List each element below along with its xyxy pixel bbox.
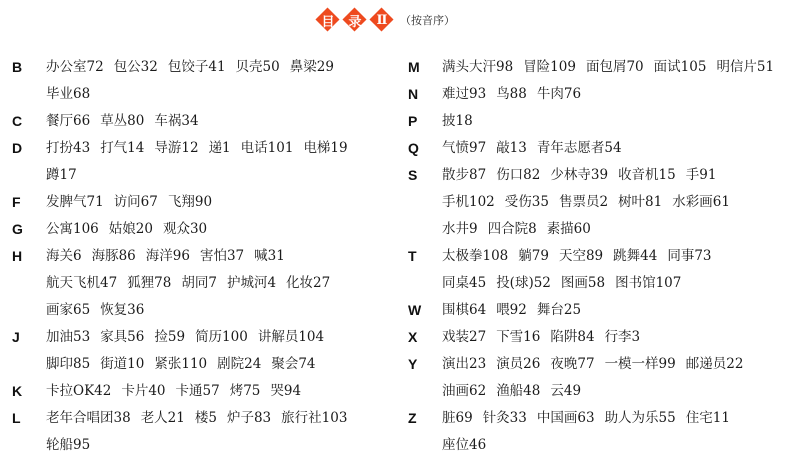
index-line: 轮船95 <box>46 432 400 459</box>
index-entry: 紧张110 <box>154 356 207 372</box>
index-entry: 包饺子41 <box>168 59 226 75</box>
index-entry: 脚印85 <box>46 356 90 372</box>
index-entries: 满头大汗98冒险109面包屑70面试105明信片51 <box>442 54 800 81</box>
index-entry: 伤口82 <box>496 167 540 183</box>
index-entry: 演员26 <box>496 356 540 372</box>
index-entries: 太极拳108躺79天空89跳舞44同事73同桌45投(球)52图画58图书馆10… <box>442 243 800 297</box>
index-letter: M <box>408 54 442 81</box>
index-entry: 散步87 <box>442 167 486 183</box>
index-entry: 图书馆107 <box>615 275 681 291</box>
index-line: 戏装27下雪16陷阱84行李3 <box>442 324 800 351</box>
index-entries: 卡拉OK42卡片40卡通57烤75哭94 <box>46 378 400 405</box>
index-group: W围棋64喂92舞台25 <box>408 297 800 324</box>
index-entry: 渔船48 <box>496 383 540 399</box>
index-entry: 戏装27 <box>442 329 486 345</box>
index-entry: 导游12 <box>154 140 198 156</box>
index-entry: 天空89 <box>559 248 603 264</box>
index-entries: 围棋64喂92舞台25 <box>442 297 800 324</box>
index-entry: 楼5 <box>195 410 217 426</box>
index-group: D打扮43打气14导游12递1电话101电梯19蹲17 <box>12 135 400 189</box>
index-group: G公寓106姑娘20观众30 <box>12 216 400 243</box>
index-group: Z脏69针灸33中国画63助人为乐55住宅11座位46 <box>408 405 800 459</box>
index-entries: 戏装27下雪16陷阱84行李3 <box>442 324 800 351</box>
index-entry: 同事73 <box>667 248 711 264</box>
index-entry: 发脾气71 <box>46 194 104 210</box>
index-entry: 卡拉OK42 <box>46 383 111 399</box>
index-title: 目 录 Ⅱ （按音序） <box>317 7 455 33</box>
index-letter: B <box>12 54 46 108</box>
index-entry: 观众30 <box>163 221 207 237</box>
index-entry: 鸟88 <box>496 86 527 102</box>
index-entry: 躺79 <box>518 248 549 264</box>
index-entry: 难过93 <box>442 86 486 102</box>
index-entry: 座位46 <box>442 437 486 453</box>
index-entry: 敲13 <box>496 140 527 156</box>
index-entry: 陷阱84 <box>550 329 594 345</box>
index-group: L老年合唱团38老人21楼5炉子83旅行社103轮船95 <box>12 405 400 459</box>
index-letter: W <box>408 297 442 324</box>
index-entry: 电话101 <box>241 140 294 156</box>
index-entry: 一模一样99 <box>605 356 676 372</box>
index-line: 卡拉OK42卡片40卡通57烤75哭94 <box>46 378 400 405</box>
index-line: 手机102受伤35售票员2树叶81水彩画61 <box>442 189 800 216</box>
index-entry: 喊31 <box>254 248 285 264</box>
index-entry: 针灸33 <box>483 410 527 426</box>
index-entry: 图画58 <box>561 275 605 291</box>
index-entry: 海洋96 <box>146 248 190 264</box>
index-entry: 加油53 <box>46 329 90 345</box>
index-entry: 海关6 <box>46 248 82 264</box>
index-entry: 行李3 <box>605 329 641 345</box>
index-line: 脏69针灸33中国画63助人为乐55住宅11 <box>442 405 800 432</box>
index-line: 难过93鸟88牛肉76 <box>442 81 800 108</box>
index-entry: 围棋64 <box>442 302 486 318</box>
index-letter: G <box>12 216 46 243</box>
index-letter: X <box>408 324 442 351</box>
index-entry: 满头大汗98 <box>442 59 513 75</box>
index-letter: T <box>408 243 442 297</box>
index-entry: 护城河4 <box>227 275 276 291</box>
index-entry: 炉子83 <box>227 410 271 426</box>
index-entry: 电梯19 <box>303 140 347 156</box>
index-line: 画家65恢复36 <box>46 297 400 324</box>
index-entry: 旅行社103 <box>281 410 347 426</box>
index-line: 散步87伤口82少林寺39收音机15手91 <box>442 162 800 189</box>
index-letter: L <box>12 405 46 459</box>
index-entry: 胡同7 <box>181 275 217 291</box>
index-letter: P <box>408 108 442 135</box>
index-entry: 卡通57 <box>176 383 220 399</box>
index-group: Q气愤97敲13青年志愿者54 <box>408 135 800 162</box>
index-entry: 喂92 <box>496 302 527 318</box>
index-entries: 加油53家具56捡59简历100讲解员104脚印85街道10紧张110剧院24聚… <box>46 324 400 378</box>
index-group: J加油53家具56捡59简历100讲解员104脚印85街道10紧张110剧院24… <box>12 324 400 378</box>
index-line: 加油53家具56捡59简历100讲解员104 <box>46 324 400 351</box>
index-group: P披18 <box>408 108 800 135</box>
index-entry: 办公室72 <box>46 59 104 75</box>
index-entry: 贝壳50 <box>236 59 280 75</box>
index-entry: 树叶81 <box>618 194 662 210</box>
index-entry: 助人为乐55 <box>605 410 676 426</box>
index-entries: 办公室72包公32包饺子41贝壳50鼻梁29毕业68 <box>46 54 400 108</box>
index-letter: N <box>408 81 442 108</box>
index-entry: 气愤97 <box>442 140 486 156</box>
index-entry: 明信片51 <box>716 59 774 75</box>
index-entry: 访问67 <box>114 194 158 210</box>
index-entry: 蹲17 <box>46 167 77 183</box>
index-entry: 面试105 <box>654 59 707 75</box>
index-group: N难过93鸟88牛肉76 <box>408 81 800 108</box>
index-entry: 水彩画61 <box>672 194 730 210</box>
index-entry: 中国画63 <box>537 410 595 426</box>
index-entry: 讲解员104 <box>258 329 324 345</box>
index-entries: 海关6海豚86海洋96害怕37喊31航天飞机47狐狸78胡同7护城河4化妆27画… <box>46 243 400 324</box>
index-entry: 邮递员22 <box>686 356 744 372</box>
index-line: 毕业68 <box>46 81 400 108</box>
index-line: 航天飞机47狐狸78胡同7护城河4化妆27 <box>46 270 400 297</box>
index-line: 餐厅66草丛80车祸34 <box>46 108 400 135</box>
index-letter: D <box>12 135 46 189</box>
index-entry: 披18 <box>442 113 473 129</box>
index-line: 披18 <box>442 108 800 135</box>
index-letter: Q <box>408 135 442 162</box>
index-entry: 车祸34 <box>154 113 198 129</box>
index-entry: 水井9 <box>442 221 478 237</box>
index-letter: J <box>12 324 46 378</box>
index-group: F发脾气71访问67飞翔90 <box>12 189 400 216</box>
right-column: M满头大汗98冒险109面包屑70面试105明信片51N难过93鸟88牛肉76P… <box>408 54 800 459</box>
index-entry: 剧院24 <box>217 356 261 372</box>
index-line: 座位46 <box>442 432 800 459</box>
index-entry: 恢复36 <box>100 302 144 318</box>
index-entry: 演出23 <box>442 356 486 372</box>
index-entries: 餐厅66草丛80车祸34 <box>46 108 400 135</box>
index-line: 同桌45投(球)52图画58图书馆107 <box>442 270 800 297</box>
index-entry: 收音机15 <box>618 167 676 183</box>
index-entry: 售票员2 <box>559 194 608 210</box>
index-entry: 手91 <box>686 167 717 183</box>
index-entry: 下雪16 <box>496 329 540 345</box>
index-letter: H <box>12 243 46 324</box>
index-line: 打扮43打气14导游12递1电话101电梯19 <box>46 135 400 162</box>
left-column: B办公室72包公32包饺子41贝壳50鼻梁29毕业68C餐厅66草丛80车祸34… <box>12 54 400 459</box>
title-diamond-1: 目 <box>317 9 339 31</box>
index-entry: 老年合唱团38 <box>46 410 131 426</box>
index-line: 围棋64喂92舞台25 <box>442 297 800 324</box>
index-line: 脚印85街道10紧张110剧院24聚会74 <box>46 351 400 378</box>
index-entry: 画家65 <box>46 302 90 318</box>
index-letter: K <box>12 378 46 405</box>
index-letter: F <box>12 189 46 216</box>
index-entry: 素描60 <box>547 221 591 237</box>
index-entry: 住宅11 <box>686 410 730 426</box>
index-entry: 同桌45 <box>442 275 486 291</box>
index-letter: Z <box>408 405 442 459</box>
index-group: C餐厅66草丛80车祸34 <box>12 108 400 135</box>
index-entry: 老人21 <box>141 410 185 426</box>
index-entry: 打气14 <box>100 140 144 156</box>
index-entry: 少林寺39 <box>550 167 608 183</box>
index-entries: 发脾气71访问67飞翔90 <box>46 189 400 216</box>
index-entry: 毕业68 <box>46 86 90 102</box>
index-group: Y演出23演员26夜晚77一模一样99邮递员22油画62渔船48云49 <box>408 351 800 405</box>
index-entry: 鼻梁29 <box>290 59 334 75</box>
index-entry: 航天飞机47 <box>46 275 117 291</box>
index-entry: 轮船95 <box>46 437 90 453</box>
index-entry: 街道10 <box>100 356 144 372</box>
index-entry: 卡片40 <box>121 383 165 399</box>
index-entry: 飞翔90 <box>168 194 212 210</box>
index-entry: 家具56 <box>100 329 144 345</box>
index-entry: 烤75 <box>230 383 261 399</box>
index-entry: 跳舞44 <box>613 248 657 264</box>
index-line: 水井9四合院8素描60 <box>442 216 800 243</box>
index-letter: C <box>12 108 46 135</box>
index-entries: 披18 <box>442 108 800 135</box>
index-entry: 手机102 <box>442 194 495 210</box>
index-entry: 青年志愿者54 <box>537 140 622 156</box>
index-entry: 狐狸78 <box>127 275 171 291</box>
index-entry: 夜晚77 <box>550 356 594 372</box>
index-entry: 姑娘20 <box>109 221 153 237</box>
index-entry: 四合院8 <box>488 221 537 237</box>
index-entry: 舞台25 <box>537 302 581 318</box>
index-entry: 打扮43 <box>46 140 90 156</box>
index-line: 满头大汗98冒险109面包屑70面试105明信片51 <box>442 54 800 81</box>
index-line: 办公室72包公32包饺子41贝壳50鼻梁29 <box>46 54 400 81</box>
index-entry: 草丛80 <box>100 113 144 129</box>
index-line: 海关6海豚86海洋96害怕37喊31 <box>46 243 400 270</box>
index-line: 老年合唱团38老人21楼5炉子83旅行社103 <box>46 405 400 432</box>
index-entry: 面包屑70 <box>586 59 644 75</box>
index-entry: 海豚86 <box>92 248 136 264</box>
index-entry: 餐厅66 <box>46 113 90 129</box>
index-entries: 公寓106姑娘20观众30 <box>46 216 400 243</box>
index-entry: 云49 <box>550 383 581 399</box>
index-entries: 气愤97敲13青年志愿者54 <box>442 135 800 162</box>
index-line: 公寓106姑娘20观众30 <box>46 216 400 243</box>
index-entry: 递1 <box>209 140 231 156</box>
index-entry: 化妆27 <box>286 275 330 291</box>
index-line: 油画62渔船48云49 <box>442 378 800 405</box>
index-subtitle: （按音序） <box>400 12 455 28</box>
index-line: 演出23演员26夜晚77一模一样99邮递员22 <box>442 351 800 378</box>
index-entry: 投(球)52 <box>496 275 551 291</box>
index-group: X戏装27下雪16陷阱84行李3 <box>408 324 800 351</box>
index-entry: 油画62 <box>442 383 486 399</box>
index-entries: 散步87伤口82少林寺39收音机15手91手机102受伤35售票员2树叶81水彩… <box>442 162 800 243</box>
index-entry: 包公32 <box>114 59 158 75</box>
index-line: 气愤97敲13青年志愿者54 <box>442 135 800 162</box>
index-entry: 聚会74 <box>271 356 315 372</box>
index-entries: 打扮43打气14导游12递1电话101电梯19蹲17 <box>46 135 400 189</box>
index-line: 太极拳108躺79天空89跳舞44同事73 <box>442 243 800 270</box>
index-entry: 冒险109 <box>523 59 576 75</box>
index-group: B办公室72包公32包饺子41贝壳50鼻梁29毕业68 <box>12 54 400 108</box>
index-group: K卡拉OK42卡片40卡通57烤75哭94 <box>12 378 400 405</box>
index-group: H海关6海豚86海洋96害怕37喊31航天飞机47狐狸78胡同7护城河4化妆27… <box>12 243 400 324</box>
index-entry: 受伤35 <box>505 194 549 210</box>
index-group: T太极拳108躺79天空89跳舞44同事73同桌45投(球)52图画58图书馆1… <box>408 243 800 297</box>
index-entry: 牛肉76 <box>537 86 581 102</box>
index-entries: 脏69针灸33中国画63助人为乐55住宅11座位46 <box>442 405 800 459</box>
index-group: M满头大汗98冒险109面包屑70面试105明信片51 <box>408 54 800 81</box>
index-letter: Y <box>408 351 442 405</box>
index-letter: S <box>408 162 442 243</box>
index-line: 发脾气71访问67飞翔90 <box>46 189 400 216</box>
index-line: 蹲17 <box>46 162 400 189</box>
index-entries: 演出23演员26夜晚77一模一样99邮递员22油画62渔船48云49 <box>442 351 800 405</box>
index-entry: 简历100 <box>195 329 248 345</box>
index-entry: 公寓106 <box>46 221 99 237</box>
index-entries: 老年合唱团38老人21楼5炉子83旅行社103轮船95 <box>46 405 400 459</box>
title-diamond-2: 录 <box>344 9 366 31</box>
index-entry: 哭94 <box>270 383 301 399</box>
index-group: S散步87伤口82少林寺39收音机15手91手机102受伤35售票员2树叶81水… <box>408 162 800 243</box>
index-entry: 太极拳108 <box>442 248 508 264</box>
index-entry: 脏69 <box>442 410 473 426</box>
index-entry: 害怕37 <box>200 248 244 264</box>
title-diamond-3: Ⅱ <box>371 9 393 31</box>
index-entry: 捡59 <box>154 329 185 345</box>
index-entries: 难过93鸟88牛肉76 <box>442 81 800 108</box>
